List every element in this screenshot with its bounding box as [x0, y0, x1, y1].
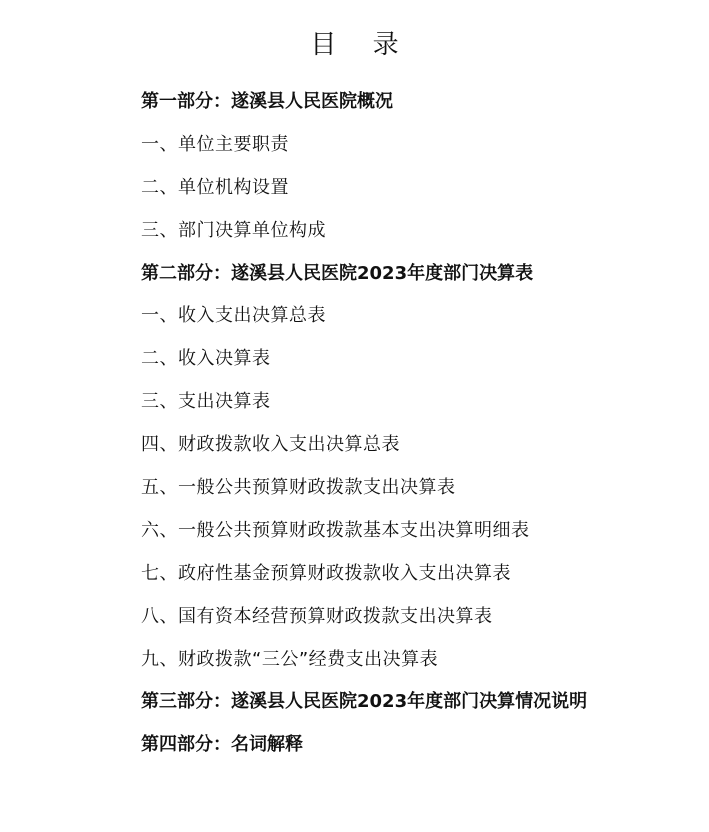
toc-item: 八、国有资本经营预算财政拨款支出决算表	[141, 604, 587, 647]
toc-item: 九、财政拨款“三公”经费支出决算表	[141, 647, 587, 690]
toc-item: 七、政府性基金预算财政拨款收入支出决算表	[141, 561, 587, 604]
toc-item: 六、一般公共预算财政拨款基本支出决算明细表	[141, 518, 587, 561]
toc-item: 二、单位机构设置	[141, 175, 587, 218]
toc-part-4: 第四部分：名词解释	[141, 732, 587, 775]
toc-item: 三、部门决算单位构成	[141, 218, 587, 261]
toc-item: 二、收入决算表	[141, 346, 587, 389]
toc-item: 四、财政拨款收入支出决算总表	[141, 432, 587, 475]
page-title: 目 录	[0, 27, 709, 63]
toc-item: 三、支出决算表	[141, 389, 587, 432]
toc-part-2: 第二部分：遂溪县人民医院2023年度部门决算表	[141, 261, 587, 304]
toc-item: 一、收入支出决算总表	[141, 303, 587, 346]
toc-item: 一、单位主要职责	[141, 132, 587, 175]
toc-part-3: 第三部分：遂溪县人民医院2023年度部门决算情况说明	[141, 689, 587, 732]
toc-item: 五、一般公共预算财政拨款支出决算表	[141, 475, 587, 518]
toc-part-1: 第一部分：遂溪县人民医院概况	[141, 89, 587, 132]
table-of-contents: 第一部分：遂溪县人民医院概况 一、单位主要职责 二、单位机构设置 三、部门决算单…	[141, 89, 587, 775]
